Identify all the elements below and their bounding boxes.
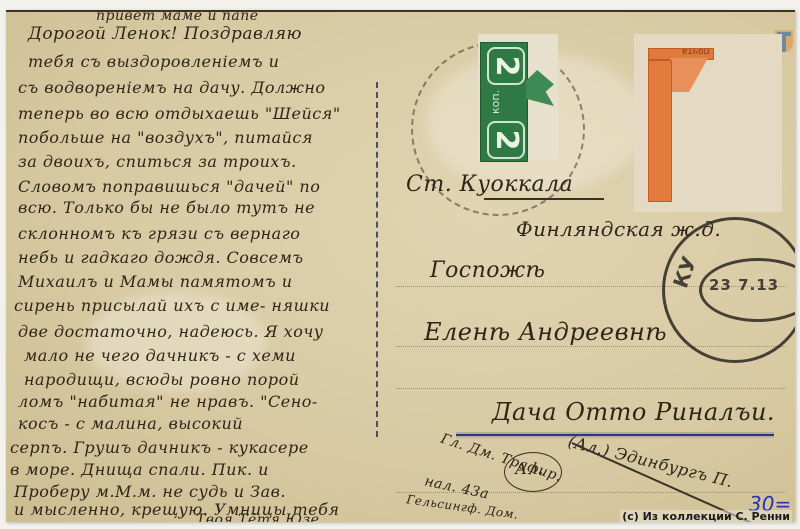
underline (484, 198, 604, 200)
address-dacha: Дача Отто Риналъи. (492, 398, 775, 426)
address-line (396, 388, 786, 389)
message-line: склонномъ къ грязи съ вернаго (18, 224, 300, 243)
center-divider (376, 82, 378, 437)
message-line: сирень присылай ихъ с име- няшки (14, 296, 330, 315)
message-line: народищи, всюды ровно порой (24, 370, 300, 389)
address-recipient: Еленѣ Андреевнѣ (424, 318, 667, 346)
address-salutation: Госпожѣ (430, 258, 545, 283)
orange-postage-stamp: почта (634, 34, 782, 212)
message-line: съ водвореніемъ на дачу. Должно (18, 78, 326, 97)
message-line: в море. Днища спали. Пик. и (10, 460, 269, 479)
message-line: косъ - с малина, высокий (18, 414, 243, 433)
message-line: Словомъ поправишься "дачей" по (18, 177, 320, 196)
postmark: КУ 23 7.13 (662, 217, 795, 363)
message-line: Михаилъ и Мамы памятомъ и (18, 272, 293, 291)
message-line: Дорогой Ленок! Поздравляю (28, 24, 302, 44)
collection-watermark: (с) Из коллекции С. Ренни (620, 510, 792, 523)
green-2-kopek-stamp: 2 коп. 2 (478, 34, 558, 160)
message-line: привет маме и папе (96, 10, 259, 24)
message-line: Проберу м.М.м. не судь и Зав. (14, 482, 286, 501)
crown-emblem-icon (526, 70, 554, 106)
message-line: тебя съ выздоровленіемъ и (28, 52, 279, 71)
blue-underline (456, 434, 774, 436)
message-line: всю. Только бы не было тутъ не (18, 198, 315, 217)
message-line: ломъ "набитая" не нравъ. "Сено- (18, 392, 318, 411)
postmark-date: 23 7.13 (709, 276, 779, 294)
message-line: теперь во всю отдыхаешь "Шейся" (18, 104, 341, 123)
footnote-line: (Ал.) Эдинбургъ П. (566, 432, 735, 491)
message-line: мало не чего дачникъ - с хеми (24, 346, 296, 365)
message-line: две достаточно, надеюсь. Я хочу (18, 322, 324, 341)
address-station: Ст. Куоккала (406, 172, 573, 197)
message-line: небь и гадкаго дождя. Совсемъ (18, 248, 304, 267)
postcard-back: привет маме и папе Дорогой Ленок! Поздра… (6, 10, 795, 522)
message-line: серпъ. Грушъ дачникъ - кукасере (10, 438, 309, 457)
message-line: за двоихъ, спиться за троихъ. (18, 152, 297, 171)
message-signature: Твоя Тётя Юзе. (196, 512, 324, 522)
message-line: побольше на "воздухъ", питайся (18, 128, 313, 147)
